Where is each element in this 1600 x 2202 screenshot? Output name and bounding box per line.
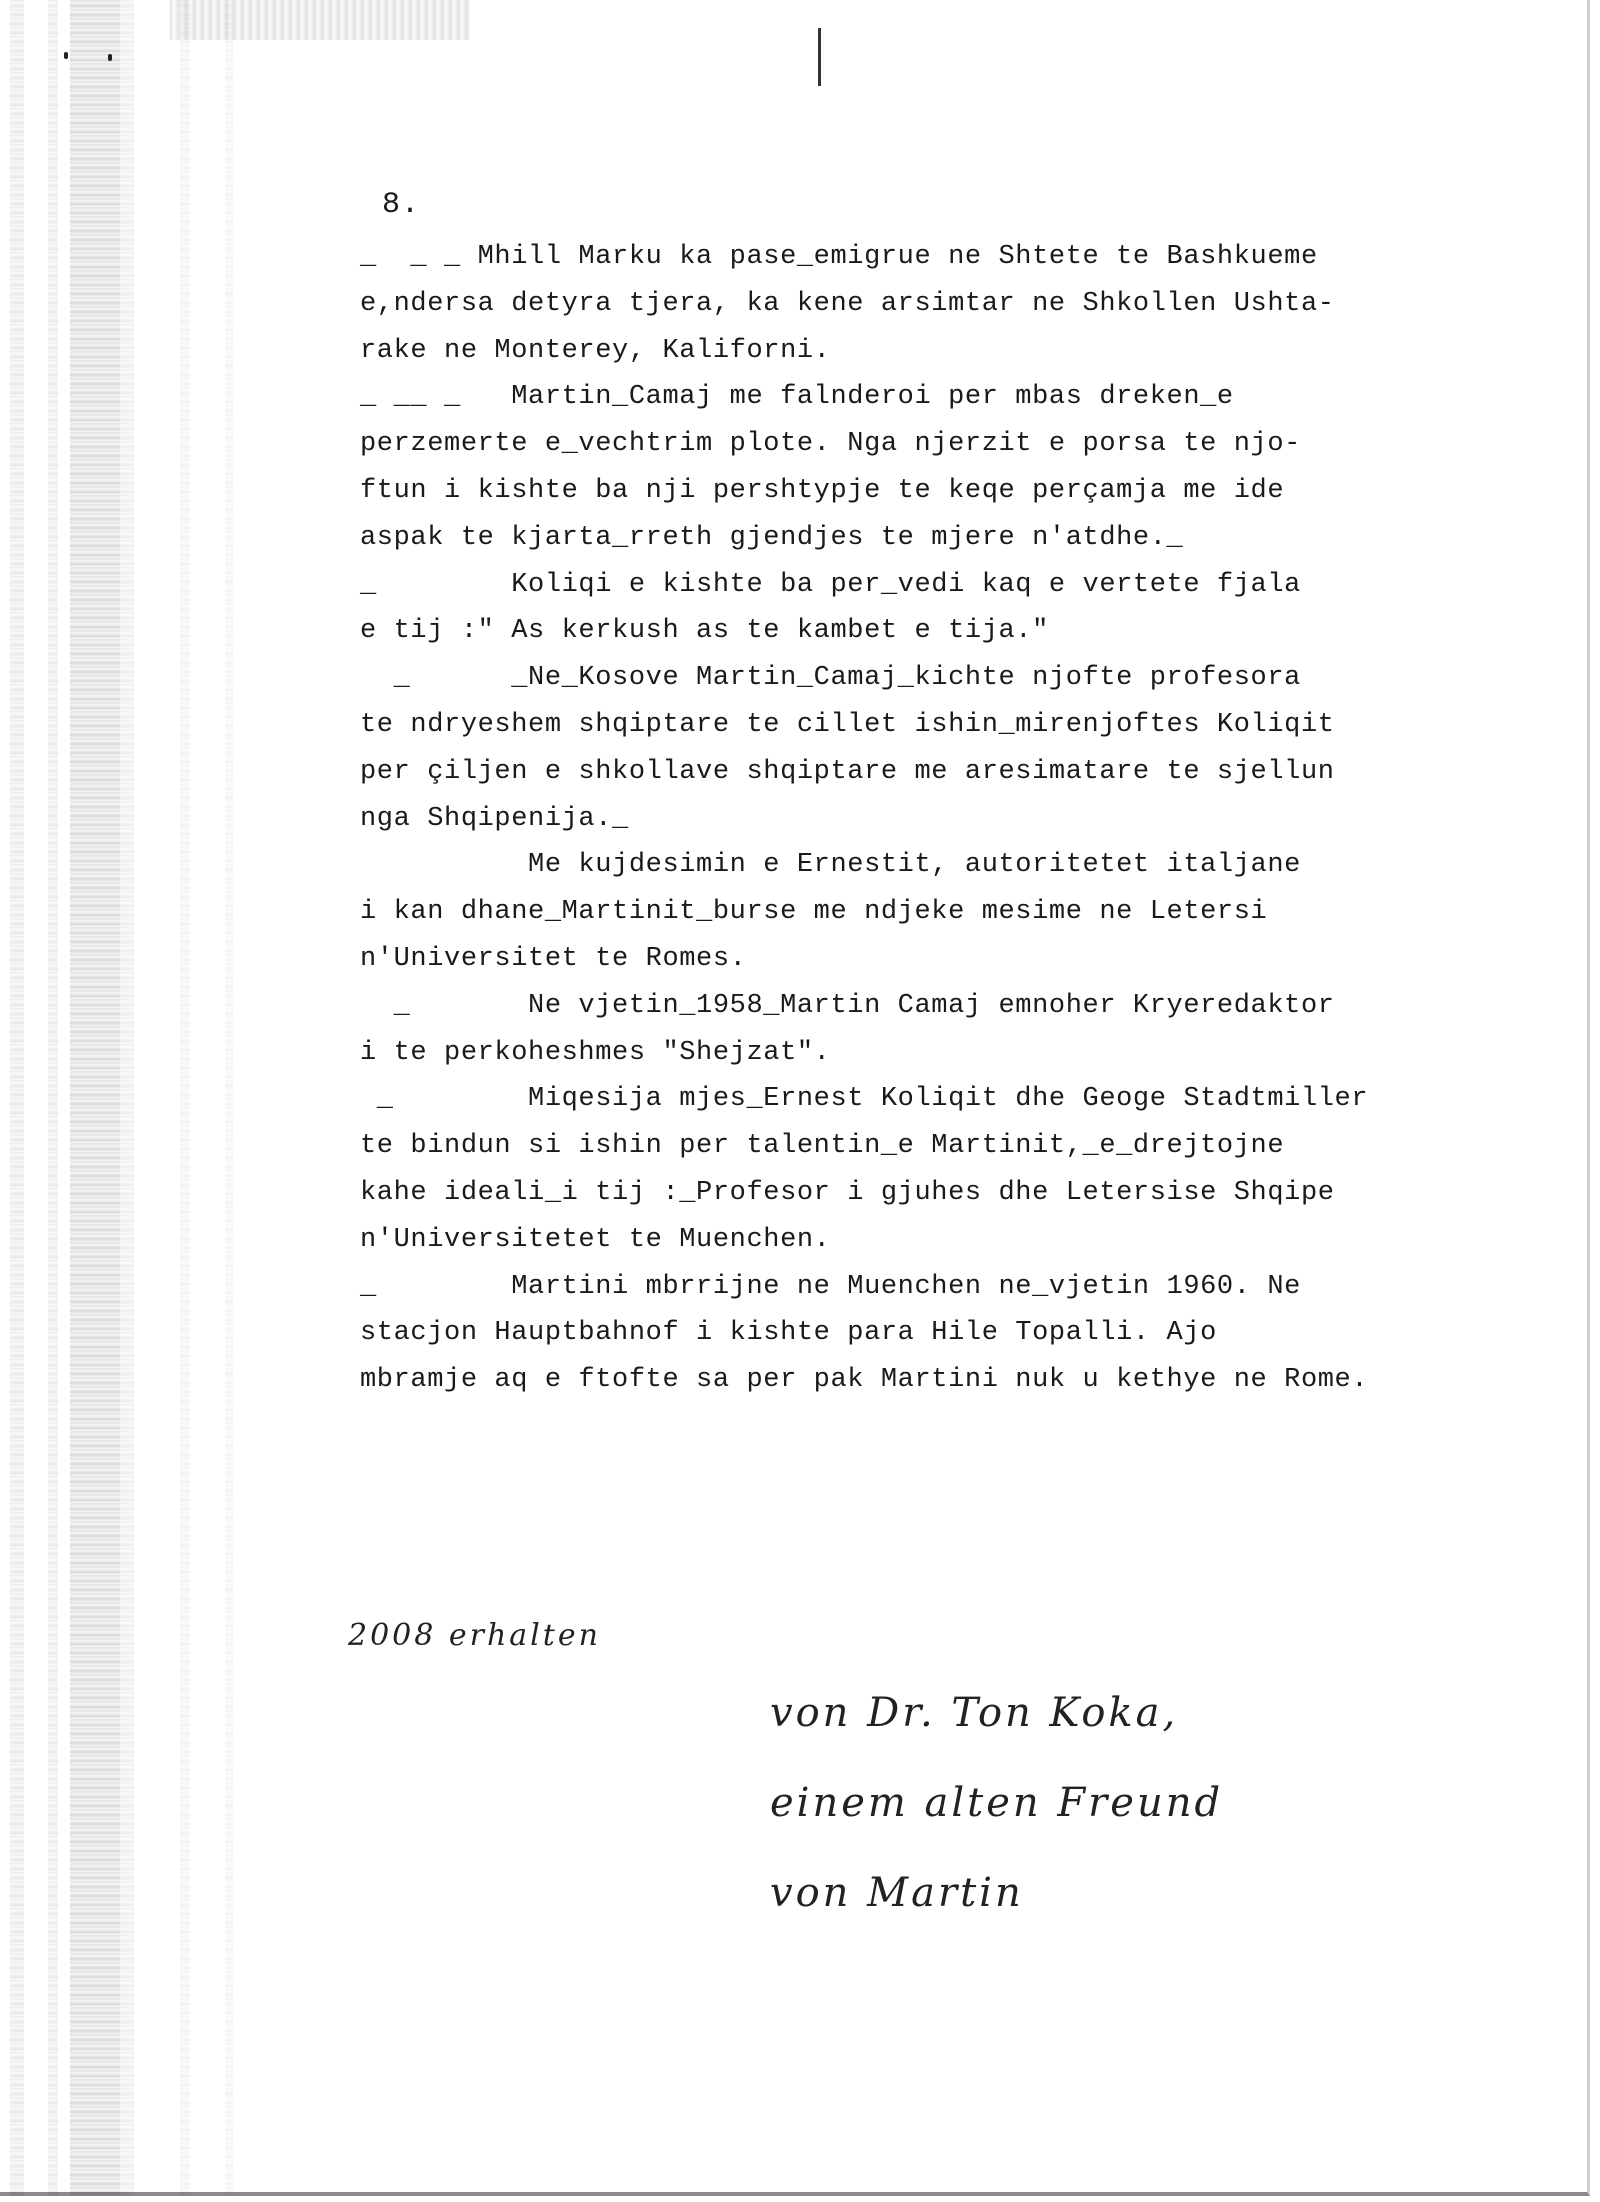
scan-streak — [225, 0, 233, 2196]
paragraph: _ Martini mbrrijne ne Muenchen ne_vjetin… — [360, 1264, 1500, 1404]
text-line: _ __ _ Martin_Camaj me falnderoi per mba… — [360, 374, 1500, 421]
text-line: mbramje aq e ftofte sa per pak Martini n… — [360, 1357, 1500, 1404]
paragraph: _ _Ne_Kosove Martin_Camaj_kichte njofte … — [360, 655, 1500, 842]
scan-speck — [108, 54, 112, 61]
text-line: stacjon Hauptbahnof i kishte para Hile T… — [360, 1310, 1500, 1357]
scan-streak — [70, 0, 120, 2196]
handwritten-dedication-line: von Dr. Ton Koka, — [770, 1690, 1178, 1736]
text-line: e,ndersa detyra tjera, ka kene arsimtar … — [360, 281, 1500, 328]
paragraph: Me kujdesimin e Ernestit, autoritetet it… — [360, 842, 1500, 982]
text-line: n'Universitet te Romes. — [360, 936, 1500, 983]
text-line: _ Ne vjetin_1958_Martin Camaj emnoher Kr… — [360, 983, 1500, 1030]
handwritten-note: 2008 erhalten — [348, 1618, 601, 1653]
text-line: nga Shqipenija._ — [360, 796, 1500, 843]
handwritten-dedication-line: einem alten Freund — [770, 1780, 1223, 1826]
text-line: i kan dhane_Martinit_burse me ndjeke mes… — [360, 889, 1500, 936]
text-line: Me kujdesimin e Ernestit, autoritetet it… — [360, 842, 1500, 889]
scanned-page: 8. _ _ _ Mhill Marku ka pase_emigrue ne … — [0, 0, 1590, 2196]
paragraph: _ Ne vjetin_1958_Martin Camaj emnoher Kr… — [360, 983, 1500, 1077]
text-line: _ _ _ Mhill Marku ka pase_emigrue ne Sht… — [360, 234, 1500, 281]
text-line: _ _Ne_Kosove Martin_Camaj_kichte njofte … — [360, 655, 1500, 702]
text-line: te bindun si ishin per talentin_e Martin… — [360, 1123, 1500, 1170]
scan-streak — [120, 0, 134, 2196]
paragraph: _ _ _ Mhill Marku ka pase_emigrue ne Sht… — [360, 234, 1500, 374]
text-line: e tij :" As kerkush as te kambet e tija.… — [360, 608, 1500, 655]
scan-speck — [64, 52, 68, 59]
scan-streak — [48, 0, 58, 2196]
margin-mark — [818, 28, 821, 86]
page-number: 8. — [382, 188, 420, 222]
text-line: rake ne Monterey, Kaliforni. — [360, 328, 1500, 375]
text-line: te ndryeshem shqiptare te cillet ishin_m… — [360, 702, 1500, 749]
scan-streak — [10, 0, 24, 2196]
text-line: _ Miqesija mjes_Ernest Koliqit dhe Geoge… — [360, 1076, 1500, 1123]
text-line: perzemerte e_vechtrim plote. Nga njerzit… — [360, 421, 1500, 468]
text-line: per çiljen e shkollave shqiptare me ares… — [360, 749, 1500, 796]
text-line: i te perkoheshmes "Shejzat". — [360, 1030, 1500, 1077]
text-line: n'Universitetet te Muenchen. — [360, 1217, 1500, 1264]
text-line: _ Martini mbrrijne ne Muenchen ne_vjetin… — [360, 1264, 1500, 1311]
paragraph: _ __ _ Martin_Camaj me falnderoi per mba… — [360, 374, 1500, 561]
text-line: ftun i kishte ba nji pershtypje te keqe … — [360, 468, 1500, 515]
typewritten-body: _ _ _ Mhill Marku ka pase_emigrue ne Sht… — [360, 234, 1500, 1404]
text-line: aspak te kjarta_rreth gjendjes te mjere … — [360, 515, 1500, 562]
paragraph: _ Koliqi e kishte ba per_vedi kaq e vert… — [360, 562, 1500, 656]
text-line: _ Koliqi e kishte ba per_vedi kaq e vert… — [360, 562, 1500, 609]
paragraph: _ Miqesija mjes_Ernest Koliqit dhe Geoge… — [360, 1076, 1500, 1263]
text-line: kahe ideali_i tij :_Profesor i gjuhes dh… — [360, 1170, 1500, 1217]
scan-streak — [180, 0, 190, 2196]
scan-noise — [170, 0, 470, 40]
handwritten-dedication-line: von Martin — [770, 1870, 1024, 1916]
